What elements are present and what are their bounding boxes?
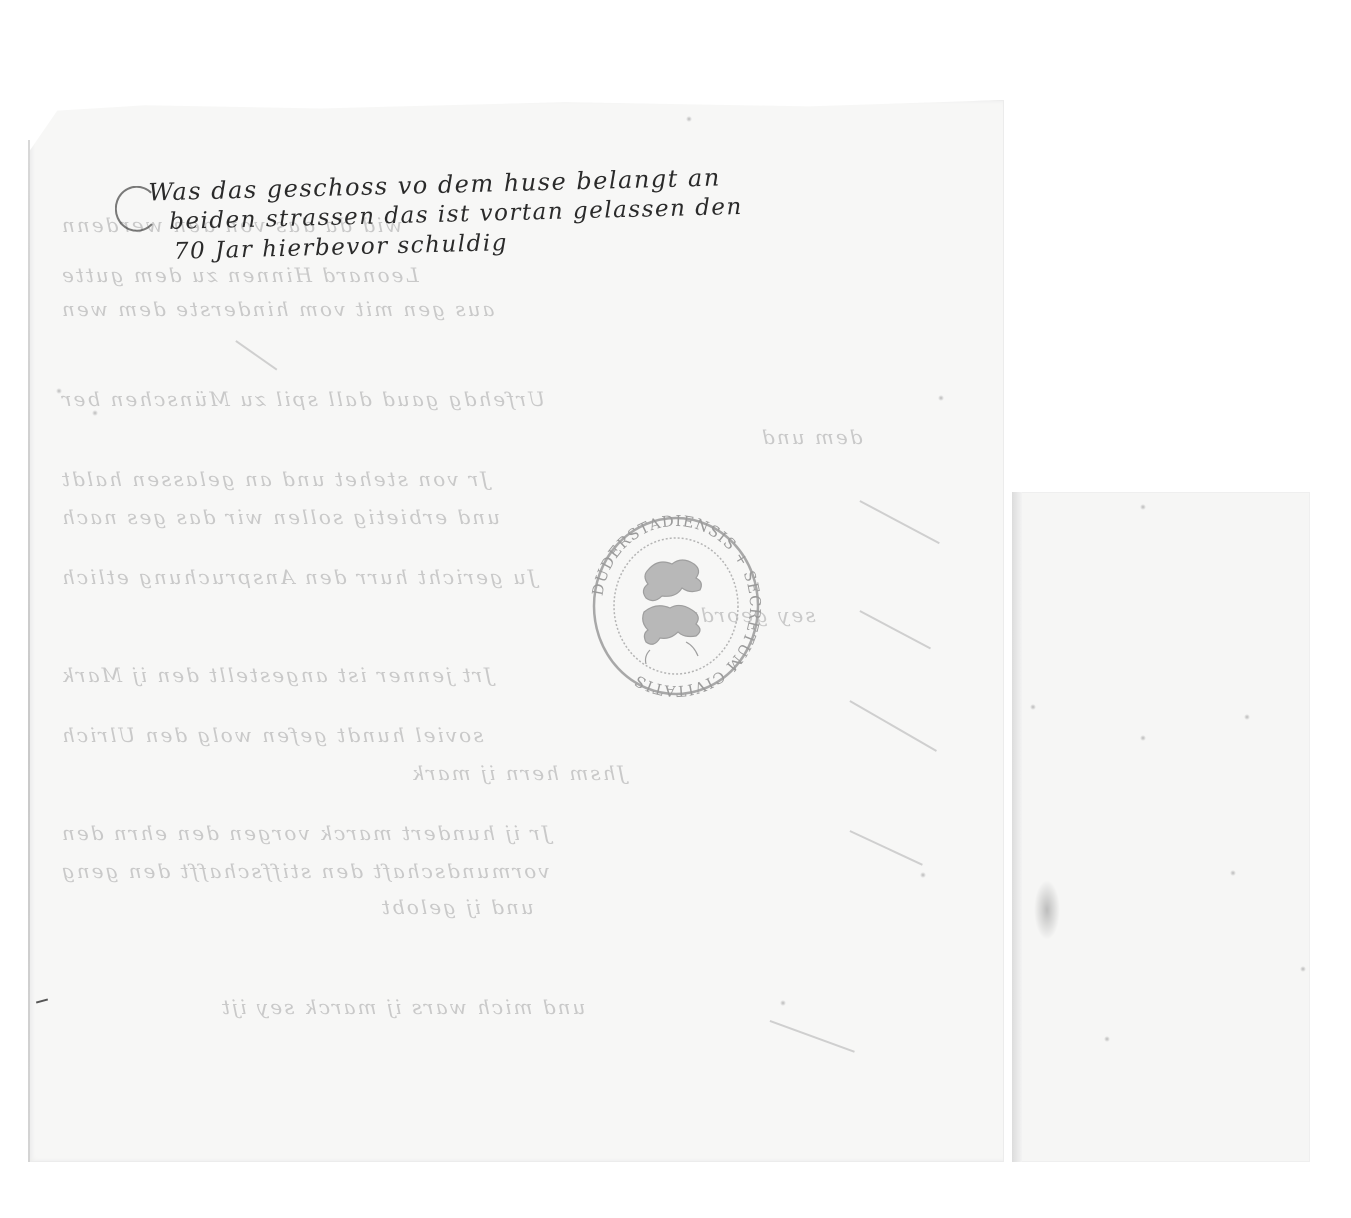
paper-speck [1104, 1036, 1110, 1042]
seal-graphic: DUDERSTADIENSIS + SECRETUM CIVITATIS [590, 512, 762, 700]
sheet-left-edge [28, 140, 30, 1162]
paper-speck [1030, 704, 1036, 710]
ink-blot-mark [1034, 880, 1060, 940]
paper-speck [1300, 966, 1306, 972]
paper-speck [1140, 504, 1146, 510]
city-seal-stamp: DUDERSTADIENSIS + SECRETUM CIVITATIS [590, 512, 762, 700]
paper-speck [1230, 870, 1236, 876]
paper-speck [780, 1000, 786, 1006]
attached-paper-strip [1012, 492, 1310, 1162]
paper-speck [920, 872, 926, 878]
paper-speck [56, 388, 62, 394]
strip-fold-shadow [1012, 492, 1022, 1162]
paper-speck [1140, 735, 1146, 741]
paper-speck [938, 395, 944, 401]
paper-speck [92, 410, 98, 416]
lion-rampant-icon [643, 560, 702, 664]
paper-speck [686, 116, 692, 122]
paper-speck [1244, 714, 1250, 720]
